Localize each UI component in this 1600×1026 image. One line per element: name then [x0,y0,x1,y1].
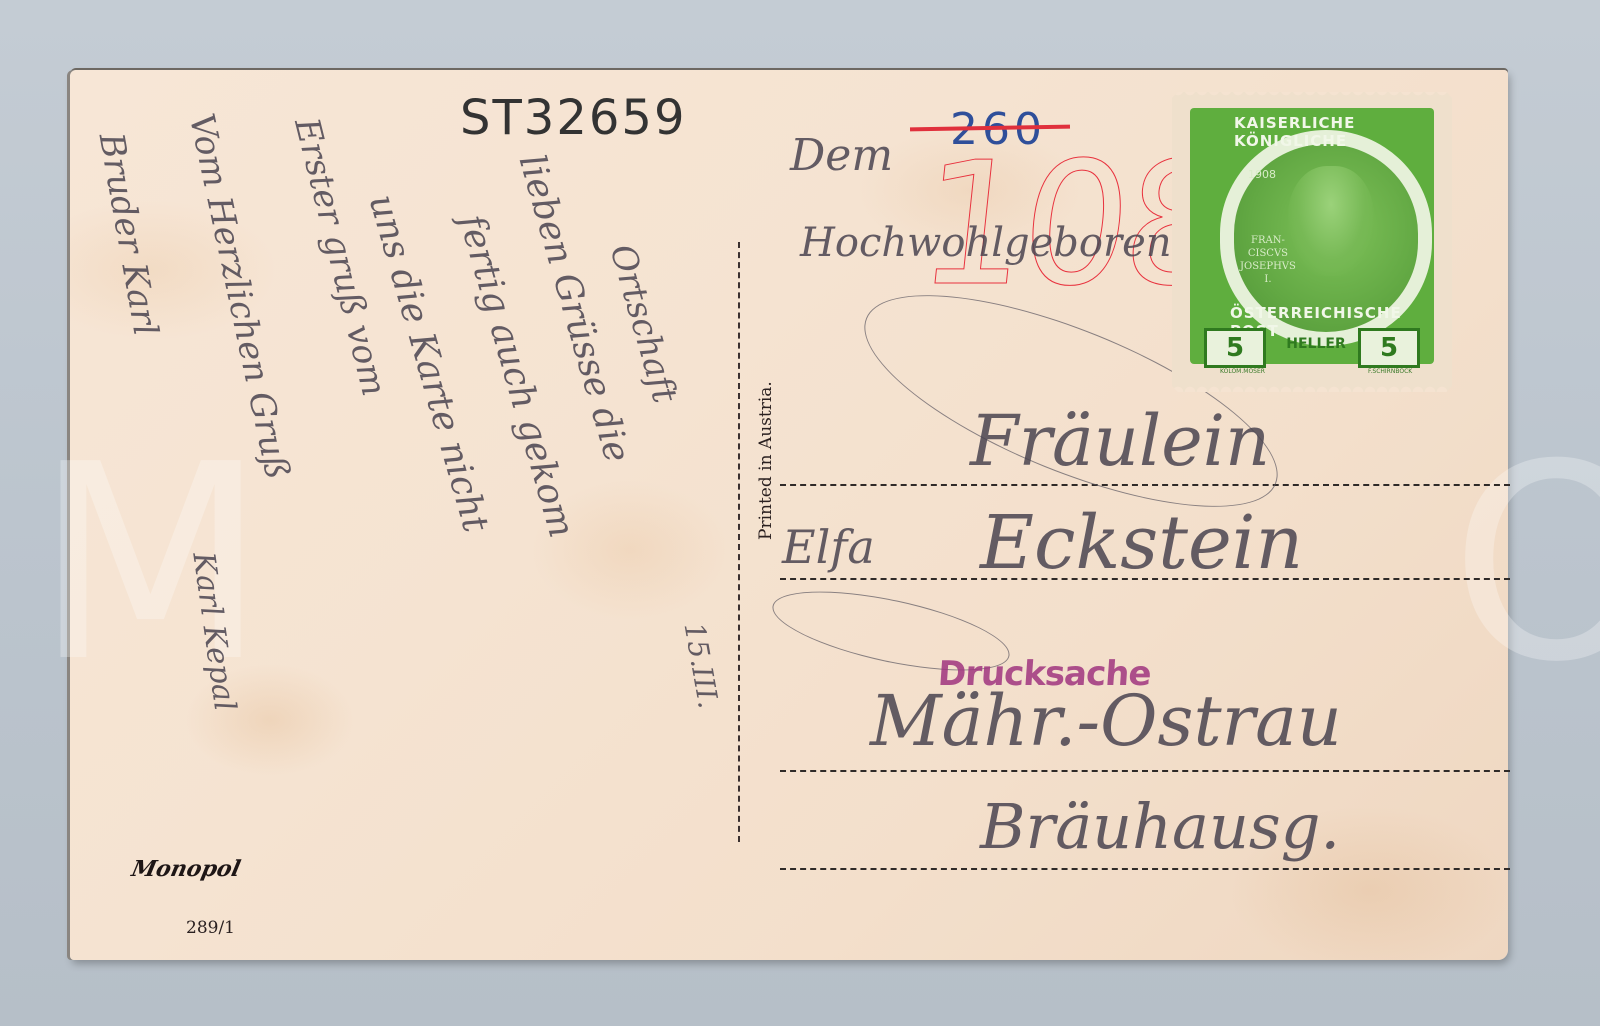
publisher-mark: Monopol [129,856,243,882]
printed-in-austria: Printed in Austria. [756,381,776,540]
stamp-engraver-credit: F.SCHIRNBÖCK [1368,368,1412,375]
stamp-currency: HELLER [1276,336,1356,352]
stamp-year: 1908 [1248,168,1276,181]
stamp-value-left: 5 [1204,328,1266,368]
caption-line: JOSEPHVS [1240,260,1296,273]
watermark-right: O [1450,458,1600,670]
address-street: Bräuhausg. [980,790,1340,863]
stamp-frame: KAISERLICHE KÖNIGLICHE ÖSTERREICHISCHE P… [1190,108,1434,364]
postage-stamp: KAISERLICHE KÖNIGLICHE ÖSTERREICHISCHE P… [1172,92,1452,392]
address-title: Fräulein [970,400,1270,482]
stamp-value-right: 5 [1358,328,1420,368]
drucksache-stamp: Drucksache [937,654,1152,694]
stamp-designer-credit: KOLOM.MOSER [1220,368,1265,375]
caption-line: I. [1240,273,1296,286]
address-honorific: Hochwohlgeboren [800,220,1172,266]
address-line-3 [780,770,1510,772]
emperor-portrait-icon [1288,166,1374,276]
signature: Karl Kepal [185,550,242,713]
postcard-back: M O ST32659 260 108 Bruder Karl Vom Herz… [70,70,1508,960]
caption-line: CISCVS [1240,247,1296,260]
address-prefix: Elfa [782,520,875,574]
address-line-4 [780,868,1510,870]
inventory-code: ST32659 [460,90,686,146]
address-salutation: Dem [790,130,893,181]
address-name: Eckstein [980,500,1303,586]
center-divider [738,242,740,842]
stamp-text-top: KAISERLICHE KÖNIGLICHE [1234,114,1434,150]
message-line: Vom Herzlichen Gruß [181,110,298,483]
stamp-caption: FRAN- CISCVS JOSEPHVS I. [1240,234,1296,286]
message-line: Bruder Karl [91,130,166,339]
serial-number: 289/1 [186,918,235,938]
caption-line: FRAN- [1240,234,1296,247]
date-fragment: 15.III. [678,620,726,711]
